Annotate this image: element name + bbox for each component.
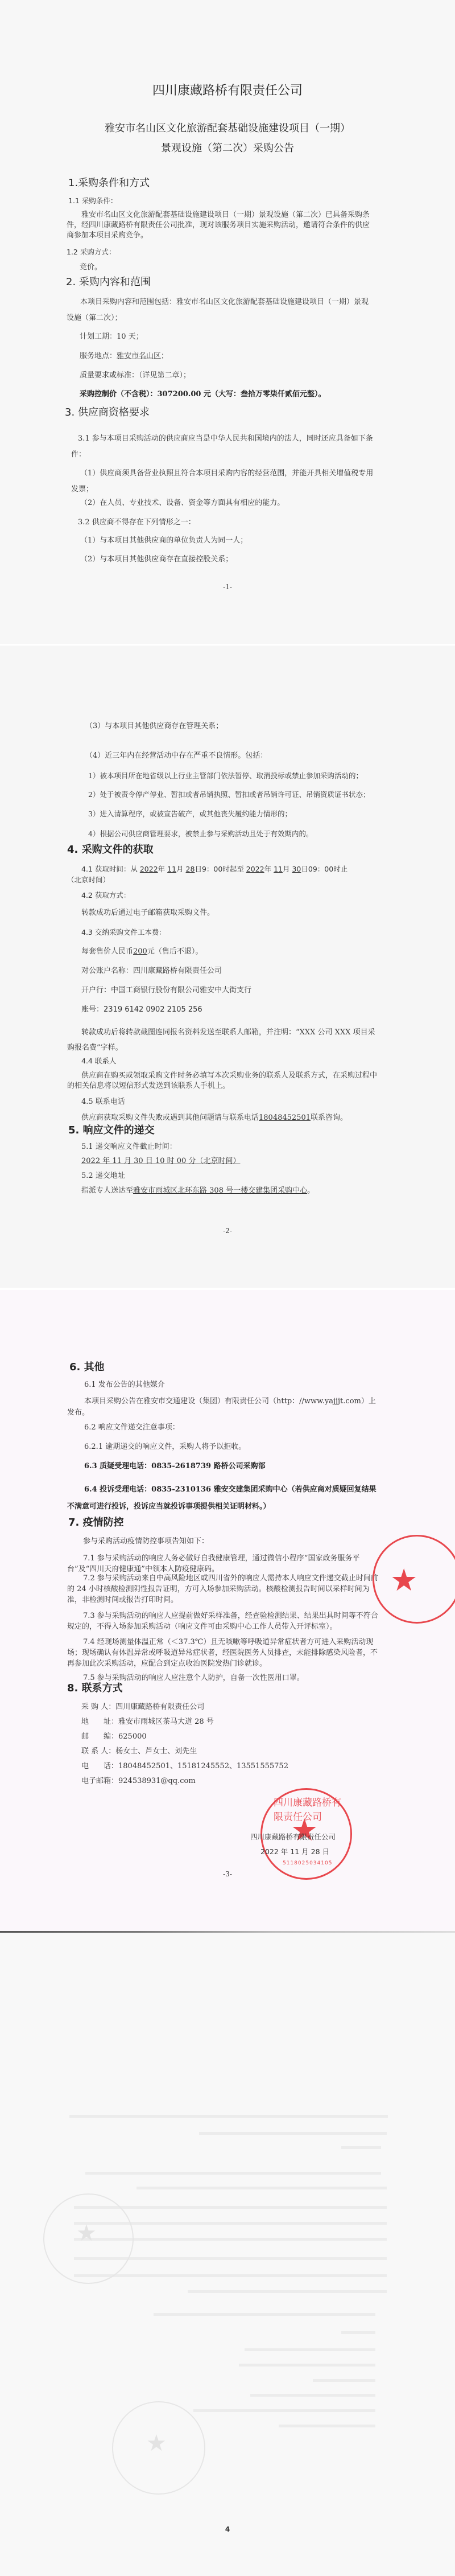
contact-value: 625000 bbox=[118, 1732, 147, 1741]
section-4-4-label: 4.4 联系人 bbox=[81, 1057, 116, 1066]
section-4-5-text: 供应商获取采购文件失败或遇到其他问题请与联系电话18048452501联系咨询。 bbox=[81, 1114, 348, 1123]
s4-1-start-day: 28 bbox=[186, 865, 195, 873]
bleed-through-line bbox=[239, 2364, 375, 2367]
s4-5-prefix: 供应商获取采购文件失败或遇到其他问题请与联系电话 bbox=[81, 1114, 259, 1122]
bleed-through-line bbox=[69, 2115, 388, 2118]
location-label: 服务地点： bbox=[80, 352, 117, 360]
section-4-heading: 4. 采购文件的获取 bbox=[67, 845, 154, 854]
s4-1-start-year: 2022 bbox=[140, 865, 158, 873]
section-2-scope: 本项目采购内容和范围包括：雅安市名山区文化旅游配套基础设施建设项目（一期）景观设… bbox=[67, 294, 374, 326]
contact-label: 联 系 人： bbox=[81, 1747, 115, 1756]
contact-label: 邮 编： bbox=[81, 1732, 118, 1741]
section-6-1-label: 6.1 发布公告的其他媒介 bbox=[84, 1381, 165, 1390]
contact-label: 电子邮箱： bbox=[81, 1777, 118, 1785]
bleed-through-line bbox=[245, 2348, 375, 2351]
account-number-label: 账号： bbox=[81, 1005, 104, 1014]
section-7-item-5: 7.5 参与采购活动的响应人应注意个人防护，自备一次性医用口罩。 bbox=[83, 1674, 304, 1683]
bleed-through-line bbox=[313, 2379, 375, 2382]
contact-row-email: 电子邮箱：924538931@qq.com bbox=[81, 1777, 196, 1786]
section-7-heading: 7. 疫情防控 bbox=[68, 1518, 124, 1527]
seal-star-icon: ★ bbox=[390, 1565, 417, 1596]
section-2-quality: 质量要求或标准：（详见第二章）； bbox=[80, 371, 191, 380]
page-2: （3）与本项目其他供应商存在管理关系； （4）近三年内在经营活动中存在严重不良情… bbox=[0, 646, 455, 1288]
section-4-3-fee: 每套售价人民币200元（售后不退）。 bbox=[81, 947, 202, 956]
faint-seal-bleed: ★ bbox=[112, 2401, 205, 2495]
section-3-2-item-3: （3）与本项目其他供应商存在管理关系； bbox=[85, 722, 223, 731]
section-8-heading: 8. 联系方式 bbox=[67, 1684, 123, 1693]
section-4-4-text: 供应商在购买或领取采购文件时务必填写本次采购业务的联系人及联系方式，在采购过程中… bbox=[67, 1071, 381, 1091]
page-3: 6. 其他 6.1 发布公告的其他媒介 本项目采购公告在雅安市交通建设（集团）有… bbox=[0, 1290, 455, 1931]
contact-value: 雅安市雨城区茶马大道 28 号 bbox=[118, 1718, 214, 1726]
section-4-2-label: 4.2 获取方式： bbox=[81, 891, 130, 900]
bleed-through-line bbox=[199, 2132, 387, 2135]
contact-row-postcode: 邮 编：625000 bbox=[81, 1732, 147, 1741]
page-number-1: -1- bbox=[0, 582, 455, 591]
contact-row-phone: 电 话：18048452501、15181245552、13551555752 bbox=[81, 1762, 288, 1771]
section-3-2-text: 3.2 供应商不得存在下列情形之一： bbox=[78, 518, 196, 527]
section-3-heading: 3. 供应商资格要求 bbox=[65, 408, 150, 417]
bleed-through-line bbox=[341, 2331, 375, 2334]
section-3-2-item-2: （2）与本项目其他供应商存在直接控股关系； bbox=[80, 555, 233, 564]
bleed-through-line bbox=[193, 2409, 375, 2412]
contact-row-persons: 联 系 人：杨女士、芦女士、刘先生 bbox=[81, 1747, 197, 1756]
bleed-through-line bbox=[250, 2394, 375, 2397]
s4-1-start-time: 9：00 bbox=[202, 865, 222, 873]
bank-name: 开户行：中国工商银行股份有限公司雅安中大街支行 bbox=[81, 986, 251, 995]
section-3-1-text: 3.1 参与本项目采购活动的供应商应当是中华人民共和国境内的法人，同时还应具备如… bbox=[71, 431, 378, 463]
submission-deadline: 2022 年 11 月 30 日 10 时 00 分（北京时间） bbox=[81, 1157, 240, 1166]
submission-address: 雅安市雨城区北环东路 308 号一楼交建集团采购中心 bbox=[133, 1186, 307, 1195]
section-2-location: 服务地点：雅安市名山区； bbox=[80, 352, 168, 361]
contact-value: 四川康藏路桥有限责任公司 bbox=[115, 1703, 204, 1711]
contact-label: 地 址： bbox=[81, 1718, 118, 1726]
faint-seal-bleed: ★ bbox=[43, 2193, 134, 2284]
duration-value: 10 天； bbox=[117, 332, 143, 341]
bleed-through-line bbox=[136, 2187, 387, 2189]
section-4-2-text: 转款成功后通过电子邮箱获取采购文件。 bbox=[81, 909, 214, 918]
section-7-intro: 参与采购活动疫情防控事项告知如下： bbox=[83, 1537, 209, 1546]
section-2-duration: 计划工期：10 天； bbox=[80, 332, 143, 342]
account-name: 对公账户名称：四川康藏路桥有限责任公司 bbox=[81, 967, 222, 976]
s4-1-suffix: （北京时间） bbox=[67, 876, 110, 885]
section-7-item-1: 7.1 参与采购活动的响应人务必做好自我健康管理，通过微信小程序“国家政务服务平… bbox=[67, 1553, 383, 1575]
section-4-5-label: 4.5 联系电话 bbox=[81, 1098, 125, 1107]
duration-label: 计划工期： bbox=[80, 332, 117, 341]
bleed-through-line bbox=[74, 2274, 387, 2277]
company-seal-partial: ★ bbox=[373, 1535, 455, 1624]
section-6-2-1: 6.2.1 逾期递交的响应文件，采购人将予以拒收。 bbox=[84, 1443, 246, 1452]
section-3-2-4-sub-3: 3）进入清算程序，或被宣告破产，或其他丧失履约能力情形的； bbox=[88, 810, 292, 819]
s4-1-prefix: 4.1 获取时间：从 bbox=[81, 865, 138, 873]
section-4-3-label: 4.3 交纳采购文件工本费： bbox=[81, 928, 166, 937]
contact-label: 电 话： bbox=[81, 1762, 118, 1770]
price-words: （大写：叁拾万零柒仟贰佰元整）。 bbox=[211, 390, 326, 398]
section-1-heading: 1.采购条件和方式 bbox=[68, 179, 150, 188]
price-label: 采购控制价（不含税）： bbox=[80, 390, 158, 398]
contact-value: 杨女士、芦女士、刘先生 bbox=[115, 1747, 197, 1756]
transfer-note: 转款成功后将转款截图连同报名资料发送至联系人邮箱，并注明：“XXX 公司 XXX… bbox=[67, 1025, 381, 1055]
contact-value: 18048452501、15181245552、13551555752 bbox=[118, 1762, 288, 1770]
s5-2-prefix: 指派专人送达至 bbox=[81, 1186, 133, 1195]
page-4: ★ ★ 4 bbox=[0, 1933, 455, 2576]
company-header: 四川康藏路桥有限责任公司 bbox=[0, 87, 455, 96]
section-5-2-text: 指派专人送达至雅安市雨城区北环东路 308 号一楼交建集团采购中心。 bbox=[81, 1186, 315, 1195]
section-3-2-4-sub-1: 1）被本项目所在地省级以上行业主管部门依法暂停、取消投标或禁止参加采购活动的； bbox=[88, 771, 363, 780]
location-suffix: ； bbox=[161, 352, 168, 360]
account-number-value: 2319 6142 0902 2105 256 bbox=[104, 1005, 202, 1014]
section-3-2-item-4: （4）近三年内在经营活动中存在严重不良情形。包括： bbox=[85, 751, 267, 761]
s4-1-end-time: 09：00 bbox=[308, 865, 333, 873]
s4-5-suffix: 联系咨询。 bbox=[311, 1114, 348, 1122]
bleed-through-line bbox=[279, 2425, 375, 2427]
document-title-line1: 雅安市名山区文化旅游配套基础设施建设项目（一期） bbox=[0, 124, 455, 133]
contact-phone: 18048452501 bbox=[259, 1114, 311, 1122]
bleed-through-line bbox=[188, 2290, 387, 2293]
section-1-1-label: 1.1 采购条件： bbox=[68, 196, 117, 206]
section-1-2-label: 1.2 采购方式： bbox=[67, 248, 115, 257]
section-7-item-2: 7.2 参与采购活动来自中高风险地区或四川省外的响应人需持本人响应文件递交截止时… bbox=[67, 1573, 383, 1605]
section-3-1-item-1: （1）供应商须具备营业执照且符合本项目采购内容的经营范围，并能开具相关增值税专用… bbox=[71, 466, 378, 498]
page-number-2: -2- bbox=[0, 1226, 455, 1235]
s4-1-end-year: 2022 bbox=[246, 865, 264, 873]
contact-value: 924538931@qq.com bbox=[118, 1777, 196, 1785]
s5-2-suffix: 。 bbox=[307, 1186, 315, 1195]
s4-1-start-month: 11 bbox=[167, 865, 176, 873]
signature-date: 2022 年 11 月 28 日 bbox=[260, 1847, 329, 1856]
section-5-2-label: 5.2 递交地址 bbox=[81, 1172, 125, 1181]
section-5-1-label: 5.1 递交响应文件截止时间： bbox=[81, 1143, 177, 1152]
account-number: 账号：2319 6142 0902 2105 256 bbox=[81, 1005, 202, 1014]
fee-prefix: 每套售价人民币 bbox=[81, 947, 133, 956]
section-6-heading: 6. 其他 bbox=[69, 1363, 105, 1372]
page-number-3: -3- bbox=[0, 1870, 455, 1879]
section-1-2-text: 竞价。 bbox=[80, 263, 102, 272]
page-1: 四川康藏路桥有限责任公司 雅安市名山区文化旅游配套基础设施建设项目（一期） 景观… bbox=[0, 0, 455, 644]
bleed-through-line bbox=[154, 2313, 375, 2316]
section-5-heading: 5. 响应文件的递交 bbox=[68, 1126, 155, 1135]
s4-1-end-day: 30 bbox=[292, 865, 301, 873]
signature-company: 四川康藏路桥有限责任公司 bbox=[250, 1833, 336, 1842]
section-4-1-text: 4.1 获取时间：从 2022年 11月 28日9：00时起至 2022年 11… bbox=[81, 865, 348, 874]
section-3-2-item-1: （1）与本项目其他供应商的单位负责人为同一人； bbox=[80, 536, 247, 545]
section-6-4: 6.4 投诉受理电话：0835-2310136 雅安交建集团采购中心（若供应商对… bbox=[67, 1481, 383, 1515]
section-2-heading: 2. 采购内容和范围 bbox=[66, 278, 151, 287]
section-3-1-item-2: （2）在人员、专业技术、设备、资金等方面具有相应的能力。 bbox=[80, 499, 284, 508]
section-6-2-label: 6.2 响应文件递交注意事项： bbox=[84, 1423, 180, 1432]
bleed-through-line bbox=[341, 2146, 381, 2149]
contact-row-purchaser: 采 购 人：四川康藏路桥有限责任公司 bbox=[81, 1703, 204, 1712]
contact-label: 采 购 人： bbox=[81, 1703, 115, 1711]
seal-star-icon: ★ bbox=[146, 2432, 167, 2455]
price-value: 307200.00 元 bbox=[158, 390, 211, 398]
contact-row-address: 地 址：雅安市雨城区茶马大道 28 号 bbox=[81, 1718, 214, 1727]
bleed-through-line bbox=[85, 2172, 381, 2175]
section-7-item-4: 7.4 经现场测量体温正常（＜37.3℃）且无咳嗽等呼吸道异常症状者方可进入采购… bbox=[67, 1637, 383, 1669]
s4-1-end-month: 11 bbox=[274, 865, 283, 873]
seal-code: 5118025034105 bbox=[283, 1860, 332, 1866]
section-3-2-4-sub-4: 4）根据公司供应商管理要求，被禁止参与采购活动且处于有效期内的。 bbox=[88, 829, 313, 839]
document-title-line2: 景观设施（第二次）采购公告 bbox=[0, 144, 455, 153]
section-3-2-4-sub-2: 2）处于被责令停产停业、暂扣或者吊销执照、暂扣或者吊销许可证、吊销资质证书状态； bbox=[88, 790, 370, 799]
section-2-price: 采购控制价（不含税）：307200.00 元（大写：叁拾万零柒仟贰佰元整）。 bbox=[80, 390, 325, 399]
section-6-1-text: 本项目采购公告在雅安市交通建设（集团）有限责任公司（http：//www.yaj… bbox=[67, 1396, 379, 1419]
seal-ring-text: 四川康藏路桥有限责任公司 bbox=[274, 1794, 350, 1823]
seal-star-icon: ★ bbox=[76, 2222, 97, 2245]
page-separator bbox=[0, 1288, 455, 1289]
section-1-1-text: 雅安市名山区文化旅游配套基础设施建设项目（一期）景观设施（第二次）已具备采购条件… bbox=[67, 210, 374, 241]
fee-value: 200 bbox=[133, 947, 147, 956]
section-7-item-3: 7.3 参与采购活动的响应人应提前做好采样准备，经查验检测结果、结果出具时间等不… bbox=[67, 1610, 383, 1632]
section-6-3: 6.3 质疑受理电话：0835-2618739 路桥公司采购部 bbox=[84, 1462, 266, 1471]
page-number-4: 4 bbox=[0, 2525, 455, 2534]
fee-suffix: 元（售后不退）。 bbox=[147, 947, 203, 956]
location-value: 雅安市名山区 bbox=[117, 352, 161, 360]
